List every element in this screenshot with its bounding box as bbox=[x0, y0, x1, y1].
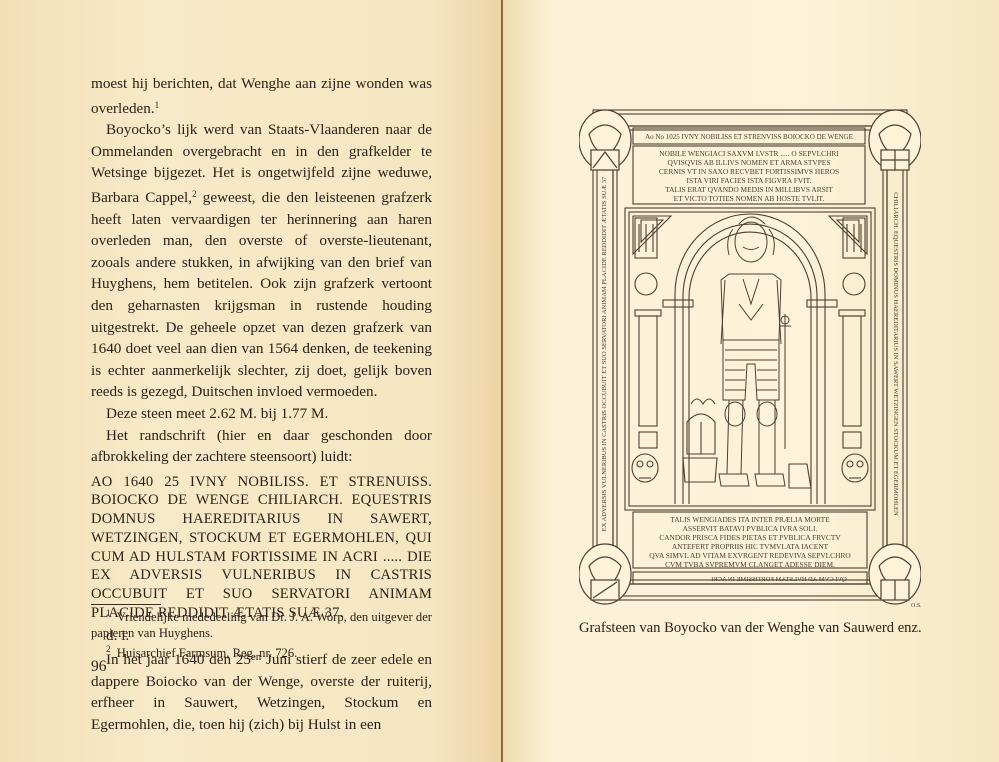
footnotes: 1 Vriendelijke mededeeling van Dr. J. A.… bbox=[91, 605, 432, 662]
svg-text:ISTA VIRI FACIES ISTA FIGVRA F: ISTA VIRI FACIES ISTA FIGVRA FVIT. bbox=[687, 176, 812, 185]
svg-text:CERNIS VT IN SAXO RECVBET FORT: CERNIS VT IN SAXO RECVBET FORTISSIMVS HE… bbox=[659, 167, 839, 176]
svg-text:EX ADVERSIS VULNERIBUS IN CAST: EX ADVERSIS VULNERIBUS IN CASTRIS OCCUBU… bbox=[601, 176, 608, 531]
footnote-ref[interactable]: 2 bbox=[192, 189, 197, 199]
page-number: 96 bbox=[91, 658, 107, 676]
left-page: moest hij berichten, dat Wenghe aan zijn… bbox=[0, 0, 503, 762]
paragraph: Het randschrift (hier en daar geschonden… bbox=[91, 425, 432, 468]
svg-text:CHILIARCH. EQUESTRIS DOMINUS H: CHILIARCH. EQUESTRIS DOMINUS HAEREDITARI… bbox=[892, 192, 899, 516]
svg-text:TALIS WENGIADES ITA INTER PRÆL: TALIS WENGIADES ITA INTER PRÆLIA MORTE bbox=[670, 515, 830, 524]
figure-caption: Grafsteen van Boyocko van der Wenghe van… bbox=[579, 620, 921, 637]
paragraph: Boyocko’s lijk werd van Staats-Vlaandere… bbox=[91, 119, 432, 403]
svg-text:CANDOR PRISCA FIDES PIETAS ET: CANDOR PRISCA FIDES PIETAS ET PVBLICA FR… bbox=[659, 533, 841, 542]
svg-text:Ao No 1025 IVNY NOBILISS ET ST: Ao No 1025 IVNY NOBILISS ET STRENVISS BO… bbox=[645, 133, 853, 141]
footnote: 1 Vriendelijke mededeeling van Dr. J. A.… bbox=[91, 605, 432, 641]
footnote-ref[interactable]: 1 bbox=[155, 100, 160, 110]
svg-text:ASSERVIT BATAVI PVBLICA IVRA S: ASSERVIT BATAVI PVBLICA IVRA SOLI. bbox=[683, 524, 818, 533]
svg-text:NOBILE WENGIACI SAXVM LVSTR ..: NOBILE WENGIACI SAXVM LVSTR ..... O SEPV… bbox=[659, 149, 839, 158]
svg-text:TALIS ERAT QVANDO MEDIS IN MIL: TALIS ERAT QVANDO MEDIS IN MILLIBVS ARSI… bbox=[665, 185, 833, 194]
svg-text:CVM TVBA SVPREMVM CLANGET ADES: CVM TVBA SVPREMVM CLANGET ADESSE DIEM. bbox=[665, 560, 835, 569]
svg-text:QVA SIMVL AD VITAM EXVRGENT RE: QVA SIMVL AD VITAM EXVRGENT REDEVIVA SEP… bbox=[649, 551, 851, 560]
svg-text:ANTEFERT PROPRIIS HIC TVMVLATA: ANTEFERT PROPRIIS HIC TVMVLATA IACENT bbox=[672, 542, 829, 551]
book-spread: moest hij berichten, dat Wenghe aan zijn… bbox=[0, 0, 999, 762]
right-border-inscription: CHILIARCH. EQUESTRIS DOMINUS HAEREDITARI… bbox=[892, 192, 899, 516]
tombstone-illustration: EX ADVERSIS VULNERIBUS IN CASTRIS OCCUBU… bbox=[579, 104, 921, 609]
footnote: 2 Huisarchief Farmsum, Reg. nr. 726. bbox=[91, 641, 432, 661]
svg-text:QVISQVIS AB ILLIVS NOMEN ET AR: QVISQVIS AB ILLIVS NOMEN ET ARMA STVPES bbox=[668, 158, 831, 167]
inscription-transcription: Ao 1640 25 IVNY NOBILISS. ET STRENUISS. … bbox=[91, 473, 432, 623]
left-border-inscription: EX ADVERSIS VULNERIBUS IN CASTRIS OCCUBU… bbox=[601, 176, 608, 531]
paragraph: Deze steen meet 2.62 M. bij 1.77 M. bbox=[91, 403, 432, 425]
svg-text:ET VICTO TOTIES NOMEN AB HOSTE: ET VICTO TOTIES NOMEN AB HOSTE TVLIT. bbox=[674, 194, 825, 203]
svg-text:O.S.: O.S. bbox=[911, 603, 921, 609]
right-page: EX ADVERSIS VULNERIBUS IN CASTRIS OCCUBU… bbox=[503, 0, 999, 762]
paragraph-continuation: moest hij berichten, dat Wenghe aan zijn… bbox=[91, 73, 432, 119]
svg-text:QVI CVM AD HVLSTAM FORTISSIME: QVI CVM AD HVLSTAM FORTISSIME IN ACRI bbox=[711, 576, 847, 583]
